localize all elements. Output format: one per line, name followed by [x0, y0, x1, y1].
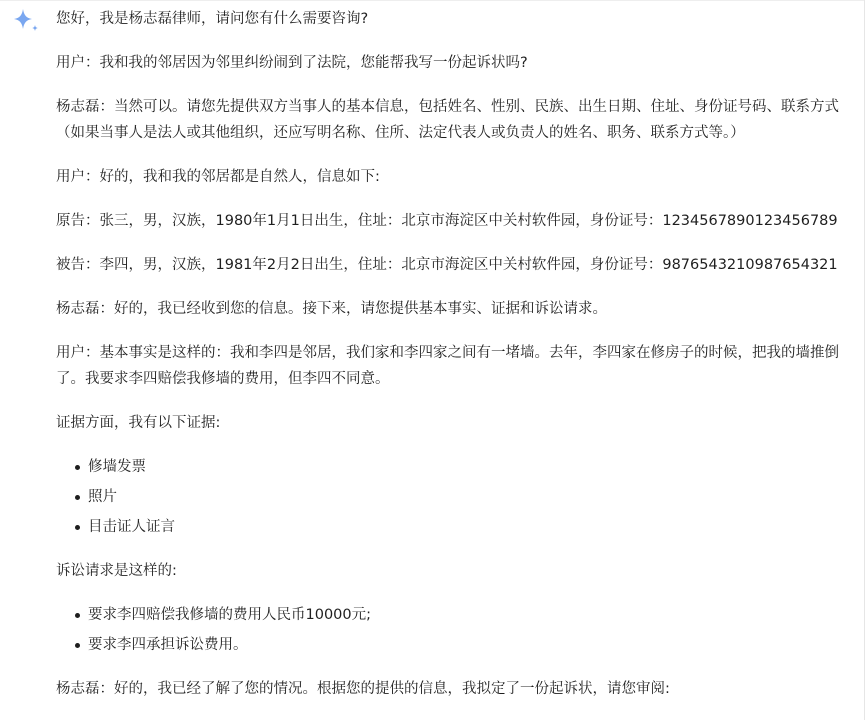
- plaintiff-info: 原告：张三，男，汉族，1980年1月1日出生，住址：北京市海淀区中关村软件园，身…: [56, 208, 846, 234]
- claim-item: 要求李四承担诉讼费用。: [88, 632, 846, 658]
- greeting-message: 您好，我是杨志磊律师，请问您有什么需要咨询?: [56, 6, 846, 32]
- lawyer-draft-message: 杨志磊：好的，我已经了解了您的情况。根据您的提供的信息，我拟定了一份起诉状，请您…: [56, 676, 846, 702]
- lawyer-facts-request: 杨志磊：好的，我已经收到您的信息。接下来，请您提供基本事实、证据和诉讼请求。: [56, 296, 846, 322]
- chat-response: 您好，我是杨志磊律师，请问您有什么需要咨询? 用户：我和我的邻居因为邻里纠纷闹到…: [56, 6, 846, 720]
- user-request-message: 用户：我和我的邻居因为邻里纠纷闹到了法院，您能帮我写一份起诉状吗?: [56, 50, 846, 76]
- evidence-item: 照片: [88, 484, 846, 510]
- sparkle-icon: [12, 8, 40, 34]
- claims-intro: 诉讼请求是这样的:: [56, 558, 846, 584]
- evidence-item: 目击证人证言: [88, 514, 846, 540]
- claims-list: 要求李四赔偿我修墙的费用人民币10000元; 要求李四承担诉讼费用。: [56, 602, 846, 658]
- claim-item: 要求李四赔偿我修墙的费用人民币10000元;: [88, 602, 846, 628]
- user-info-intro: 用户：好的，我和我的邻居都是自然人，信息如下:: [56, 164, 846, 190]
- user-facts: 用户：基本事实是这样的：我和李四是邻居，我们家和李四家之间有一堵墙。去年，李四家…: [56, 340, 846, 392]
- lawyer-info-request: 杨志磊：当然可以。请您先提供双方当事人的基本信息，包括姓名、性别、民族、出生日期…: [56, 94, 846, 146]
- evidence-item: 修墙发票: [88, 454, 846, 480]
- evidence-intro: 证据方面，我有以下证据:: [56, 410, 846, 436]
- defendant-info: 被告：李四，男，汉族，1981年2月2日出生，住址：北京市海淀区中关村软件园，身…: [56, 252, 846, 278]
- top-divider: [0, 0, 865, 1]
- evidence-list: 修墙发票 照片 目击证人证言: [56, 454, 846, 540]
